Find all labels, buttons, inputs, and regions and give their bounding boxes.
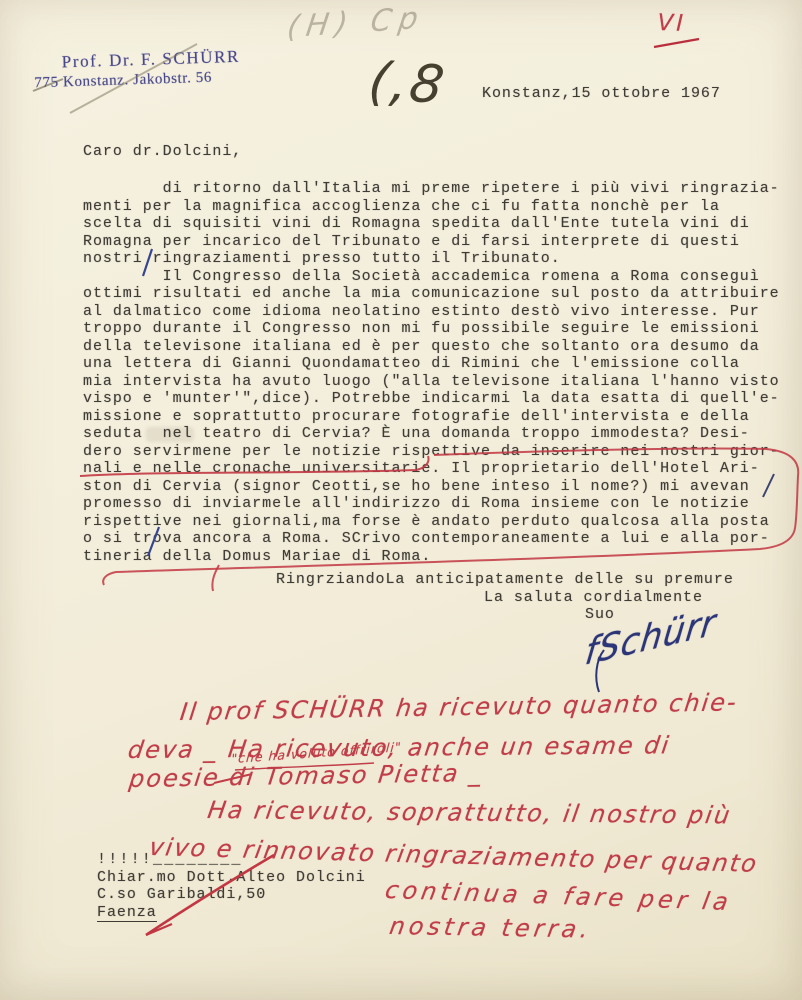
address-city-underlined: Faenza (97, 904, 157, 922)
body-line: Romagna per incarico del Tribunato e di … (83, 233, 780, 251)
address-marks: !!!!!________ (97, 851, 366, 869)
dateline: Konstanz,15 ottobre 1967 (482, 85, 721, 102)
closing-thanks: RingrziandoLa anticipatamente delle su p… (276, 571, 734, 588)
body-line: dero servirmene per le notizie rispettiv… (83, 443, 780, 461)
pen-number-mark: (,8 (365, 52, 450, 116)
body-line: tineria della Domus Mariae di Roma. (83, 548, 780, 566)
salutation: Caro dr.Dolcini, (83, 143, 242, 160)
red-note-line: poesie di Tomaso Pietta _ (128, 759, 486, 793)
address-street: C.so Garibaldi,50 (97, 886, 366, 904)
address-name: Chiar.mo Dott.Alteo Dolcini (97, 869, 366, 887)
body-line: o si trova ancora a Roma. SCrivo contemp… (83, 530, 780, 548)
pencil-scribble: (H) Cp (285, 0, 427, 45)
body-line: della televisone italiana ed è per quest… (83, 338, 780, 356)
body-line: nali e nelle cronache universitarie. Il … (83, 460, 780, 478)
archival-mark-vi: VI (657, 10, 686, 37)
closing-suo: Suo (585, 606, 615, 623)
body-line: promesso di inviarmele all'indirizzo di … (83, 495, 780, 513)
body-line: troppo durante il Congresso non mi fu po… (83, 320, 780, 338)
body-line: ston di Cervia (signor Ceotti,se ho bene… (83, 478, 780, 496)
body-line: nostri ringraziamenti presso tutto il Tr… (83, 250, 780, 268)
red-note-line: Il prof SCHÜRR ha ricevuto quanto chie- (179, 688, 740, 726)
red-underline-vi (654, 39, 699, 47)
body-line: vispo e 'munter'",dice). Potrebbe indica… (83, 390, 780, 408)
body-line: una lettera di Gianni Quondamatteo di Ri… (83, 355, 780, 373)
closing-salute: La saluta cordialmente (484, 589, 703, 606)
body-line: Il Congresso della Società accademica ro… (83, 268, 780, 286)
stamp-address: 775 Konstanz. Jakobstr. 56 (34, 69, 241, 92)
body-line: al dalmatico come idioma neolatino estin… (83, 303, 780, 321)
red-note-line: nostra terra. (388, 912, 595, 943)
body-line: menti per la magnifica accoglienza che c… (83, 198, 780, 216)
red-slash-address-tail (146, 924, 172, 935)
sender-stamp: Prof. Dr. F. SCHÜRR 775 Konstanz. Jakobs… (33, 47, 240, 92)
body-line: seduta nel teatro di Cervia? È una doman… (83, 425, 780, 443)
letter-scan: Prof. Dr. F. SCHÜRR 775 Konstanz. Jakobs… (0, 0, 802, 1000)
letter-body: di ritorno dall'Italia mi preme ripetere… (83, 180, 780, 565)
recipient-address: !!!!!________ Chiar.mo Dott.Alteo Dolcin… (97, 851, 366, 921)
red-note-line: Ha ricevuto, soprattutto, il nostro più (206, 796, 734, 829)
body-line: mia intervista ha avuto luogo ("alla tel… (83, 373, 780, 391)
body-line: di ritorno dall'Italia mi preme ripetere… (83, 180, 780, 198)
body-line: missione e soprattutto procurare fotogra… (83, 408, 780, 426)
red-tick (212, 565, 219, 591)
body-line: rispettive nei giornali,ma forse è andat… (83, 513, 780, 531)
body-line: scelta di squisiti vini di Romagna spedi… (83, 215, 780, 233)
address-city: Faenza (97, 904, 366, 922)
body-line: ottimi risultati ed anche la mia comunic… (83, 285, 780, 303)
red-note-line: continua a fare per la (383, 876, 734, 916)
